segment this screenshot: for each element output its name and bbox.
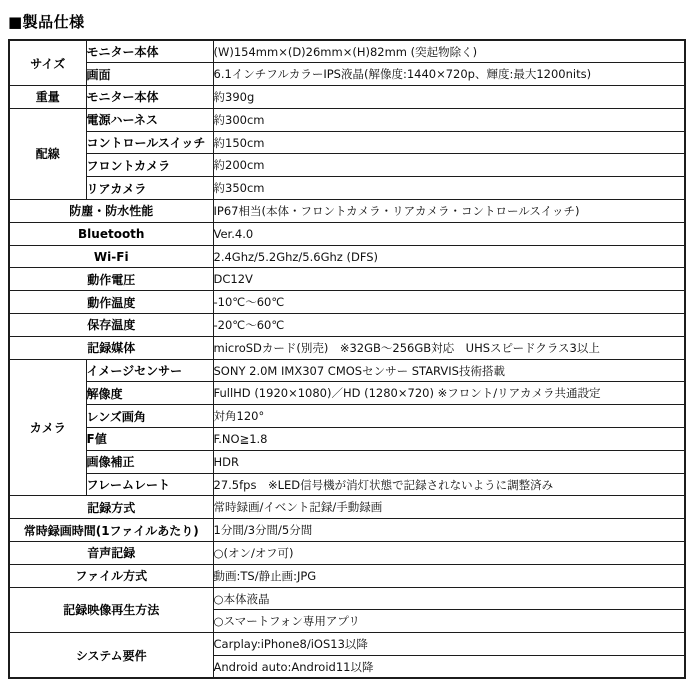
spec-value-cell: SONY 2.0M IMX307 CMOSセンサー STARVIS技術搭載 <box>213 359 685 382</box>
spec-value-cell: -20℃～60℃ <box>213 314 685 337</box>
spec-value-cell: 約150cm <box>213 131 685 154</box>
table-row: 常時録画時間(1ファイルあたり)1分間/3分間/5分間 <box>9 519 685 542</box>
spec-value-cell: IP67相当(本体・フロントカメラ・リアカメラ・コントロールスイッチ) <box>213 200 685 223</box>
spec-label-cell: 記録方式 <box>9 496 213 519</box>
table-row: 記録映像再生方法○本体液晶 <box>9 587 685 610</box>
spec-value-cell: 対角120° <box>213 405 685 428</box>
spec-value-cell: (W)154mm×(D)26mm×(H)82mm (突起物除く) <box>213 40 685 63</box>
spec-value-cell: F.NO≧1.8 <box>213 428 685 451</box>
spec-label-cell: 電源ハーネス <box>86 108 213 131</box>
spec-label-cell: モニター本体 <box>86 86 213 109</box>
spec-label-cell: 動作温度 <box>9 291 213 314</box>
table-row: 画像補正HDR <box>9 450 685 473</box>
table-row: Wi-Fi2.4Ghz/5.2Ghz/5.6Ghz (DFS) <box>9 245 685 268</box>
spec-label-cell: 重量 <box>9 86 86 109</box>
spec-label-cell: コントロールスイッチ <box>86 131 213 154</box>
spec-value-cell: ○本体液晶 <box>213 587 685 610</box>
table-row: 動作電圧DC12V <box>9 268 685 291</box>
spec-label-cell: 防塵・防水性能 <box>9 200 213 223</box>
spec-value-cell: 常時録画/イベント記録/手動録画 <box>213 496 685 519</box>
table-row: サイズモニター本体(W)154mm×(D)26mm×(H)82mm (突起物除く… <box>9 40 685 63</box>
spec-value-cell: 約350cm <box>213 177 685 200</box>
spec-label-cell: 常時録画時間(1ファイルあたり) <box>9 519 213 542</box>
spec-label-cell: イメージセンサー <box>86 359 213 382</box>
spec-value-cell: microSDカード(別売) ※32GB～256GB対応 UHSスピードクラス3… <box>213 336 685 359</box>
spec-label-cell: カメラ <box>9 359 86 496</box>
spec-value-cell: 約200cm <box>213 154 685 177</box>
table-row: システム要件Carplay:iPhone8/iOS13以降 <box>9 633 685 656</box>
spec-label-cell: モニター本体 <box>86 40 213 63</box>
table-row: BluetoothVer.4.0 <box>9 222 685 245</box>
spec-value-cell: Android auto:Android11以降 <box>213 656 685 679</box>
spec-value-cell: 1分間/3分間/5分間 <box>213 519 685 542</box>
spec-value-cell: 約300cm <box>213 108 685 131</box>
spec-label-cell: レンズ画角 <box>86 405 213 428</box>
spec-value-cell: DC12V <box>213 268 685 291</box>
spec-value-cell: Ver.4.0 <box>213 222 685 245</box>
table-row: カメライメージセンサーSONY 2.0M IMX307 CMOSセンサー STA… <box>9 359 685 382</box>
spec-label-cell: ファイル方式 <box>9 564 213 587</box>
spec-label-cell: フレームレート <box>86 473 213 496</box>
table-row: コントロールスイッチ約150cm <box>9 131 685 154</box>
table-row: 解像度FullHD (1920×1080)／HD (1280×720) ※フロン… <box>9 382 685 405</box>
spec-label-cell: サイズ <box>9 40 86 86</box>
table-row: リアカメラ約350cm <box>9 177 685 200</box>
spec-label-cell: 画面 <box>86 63 213 86</box>
spec-label-cell: Bluetooth <box>9 222 213 245</box>
spec-label-cell: システム要件 <box>9 633 213 679</box>
table-row: 音声記録○(オン/オフ可) <box>9 542 685 565</box>
spec-label-cell: 記録映像再生方法 <box>9 587 213 633</box>
spec-value-cell: ○(オン/オフ可) <box>213 542 685 565</box>
spec-label-cell: フロントカメラ <box>86 154 213 177</box>
spec-label-cell: 画像補正 <box>86 450 213 473</box>
table-row: 配線電源ハーネス約300cm <box>9 108 685 131</box>
spec-value-cell: 27.5fps ※LED信号機が消灯状態で記録されないように調整済み <box>213 473 685 496</box>
spec-label-cell: 音声記録 <box>9 542 213 565</box>
spec-table: サイズモニター本体(W)154mm×(D)26mm×(H)82mm (突起物除く… <box>8 39 686 679</box>
table-row: ファイル方式動画:TS/静止画:JPG <box>9 564 685 587</box>
page-title: ■製品仕様 <box>8 12 684 32</box>
spec-label-cell: Wi-Fi <box>9 245 213 268</box>
spec-label-cell: 動作電圧 <box>9 268 213 291</box>
table-row: レンズ画角対角120° <box>9 405 685 428</box>
spec-value-cell: 約390g <box>213 86 685 109</box>
table-row: 画面6.1インチフルカラーIPS液晶(解像度:1440×720p、輝度:最大12… <box>9 63 685 86</box>
table-row: 重量モニター本体約390g <box>9 86 685 109</box>
spec-label-cell: F値 <box>86 428 213 451</box>
table-row: 保存温度-20℃～60℃ <box>9 314 685 337</box>
table-row: 記録方式常時録画/イベント記録/手動録画 <box>9 496 685 519</box>
table-row: 防塵・防水性能IP67相当(本体・フロントカメラ・リアカメラ・コントロールスイッ… <box>9 200 685 223</box>
spec-value-cell: 動画:TS/静止画:JPG <box>213 564 685 587</box>
table-row: 動作温度-10℃～60℃ <box>9 291 685 314</box>
spec-page: ■製品仕様 サイズモニター本体(W)154mm×(D)26mm×(H)82mm … <box>0 0 690 690</box>
spec-label-cell: 配線 <box>9 108 86 199</box>
table-row: 記録媒体microSDカード(別売) ※32GB～256GB対応 UHSスピード… <box>9 336 685 359</box>
spec-value-cell: HDR <box>213 450 685 473</box>
table-row: F値F.NO≧1.8 <box>9 428 685 451</box>
spec-label-cell: 記録媒体 <box>9 336 213 359</box>
spec-value-cell: ○スマートフォン専用アプリ <box>213 610 685 633</box>
spec-label-cell: リアカメラ <box>86 177 213 200</box>
spec-value-cell: -10℃～60℃ <box>213 291 685 314</box>
spec-label-cell: 保存温度 <box>9 314 213 337</box>
spec-value-cell: 6.1インチフルカラーIPS液晶(解像度:1440×720p、輝度:最大1200… <box>213 63 685 86</box>
spec-value-cell: 2.4Ghz/5.2Ghz/5.6Ghz (DFS) <box>213 245 685 268</box>
spec-value-cell: FullHD (1920×1080)／HD (1280×720) ※フロント/リ… <box>213 382 685 405</box>
spec-value-cell: Carplay:iPhone8/iOS13以降 <box>213 633 685 656</box>
table-row: フロントカメラ約200cm <box>9 154 685 177</box>
spec-label-cell: 解像度 <box>86 382 213 405</box>
spec-table-body: サイズモニター本体(W)154mm×(D)26mm×(H)82mm (突起物除く… <box>9 40 685 678</box>
table-row: フレームレート27.5fps ※LED信号機が消灯状態で記録されないように調整済… <box>9 473 685 496</box>
